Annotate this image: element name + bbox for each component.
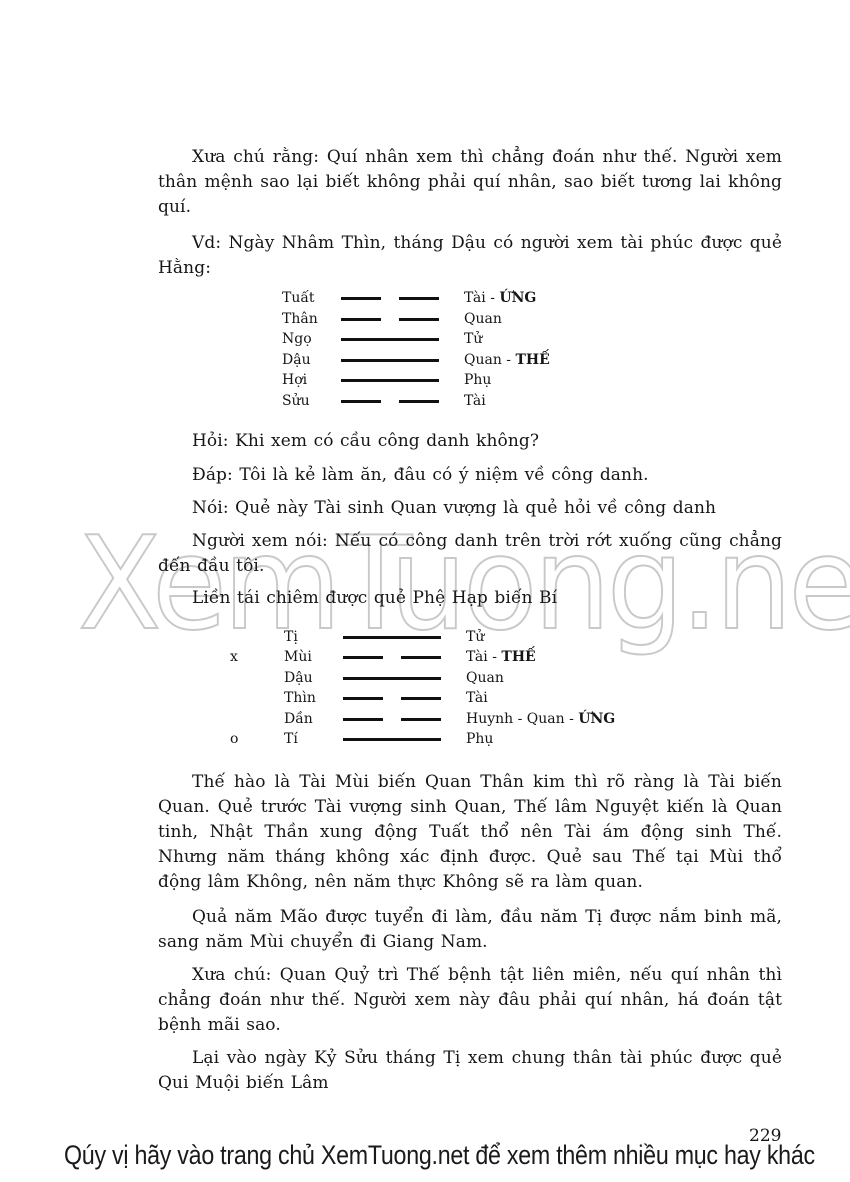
paragraph: Đáp: Tôi là kẻ làm ăn, đâu có ý niệm về … bbox=[158, 463, 782, 488]
paragraph-text: Xưa chú rằng: Quí nhân xem thì chẳng đoá… bbox=[158, 147, 782, 217]
yin-line-segment bbox=[401, 697, 441, 700]
paragraph: Quả năm Mão được tuyển đi làm, đầu năm T… bbox=[158, 905, 782, 955]
the-ung-marker: ỨNG bbox=[578, 711, 615, 727]
yang-line bbox=[341, 359, 439, 362]
paragraph-text: Xưa chú: Quan Quỷ trì Thế bệnh tật liên … bbox=[158, 965, 782, 1035]
earthly-branch-label: Tí bbox=[284, 729, 298, 749]
six-relation-label: Tài bbox=[464, 391, 486, 411]
six-relation-label: Huynh - Quan - ỨNG bbox=[466, 709, 615, 729]
yin-line-segment bbox=[399, 297, 439, 300]
yin-line-segment bbox=[343, 697, 383, 700]
earthly-branch-label: Tuất bbox=[282, 288, 315, 308]
earthly-branch-label: Sửu bbox=[282, 391, 310, 411]
paragraph: Người xem nói: Nếu có công danh trên trờ… bbox=[158, 529, 782, 579]
six-relation-label: Tài - ỨNG bbox=[464, 288, 536, 308]
earthly-branch-label: Thìn bbox=[284, 688, 316, 708]
yang-line bbox=[341, 338, 439, 341]
yin-line-segment bbox=[401, 718, 441, 721]
yin-line-segment bbox=[341, 400, 381, 403]
yin-line-segment bbox=[341, 297, 381, 300]
paragraph-text: Lại vào ngày Kỷ Sửu tháng Tị xem chung t… bbox=[158, 1048, 782, 1093]
six-relation-label: Tài - THẾ bbox=[466, 647, 536, 667]
yin-line-segment bbox=[343, 718, 383, 721]
the-ung-marker: THẾ bbox=[516, 352, 550, 368]
the-ung-marker: THẾ bbox=[501, 649, 535, 665]
paragraph-text: Người xem nói: Nếu có công danh trên trờ… bbox=[158, 531, 782, 576]
yang-line bbox=[343, 636, 441, 639]
earthly-branch-label: Ngọ bbox=[282, 329, 312, 349]
paragraph: Vd: Ngày Nhâm Thìn, tháng Dậu có người x… bbox=[158, 231, 782, 281]
paragraph-text: Thế hào là Tài Mùi biến Quan Thân kim th… bbox=[158, 772, 782, 892]
paragraph-text: Quả năm Mão được tuyển đi làm, đầu năm T… bbox=[158, 907, 782, 952]
earthly-branch-label: Thân bbox=[282, 309, 318, 329]
paragraph-text: Đáp: Tôi là kẻ làm ăn, đâu có ý niệm về … bbox=[192, 465, 649, 485]
earthly-branch-label: Hợi bbox=[282, 370, 307, 390]
paragraph: Nói: Quẻ này Tài sinh Quan vượng là quẻ … bbox=[158, 496, 782, 521]
yin-line-segment bbox=[399, 400, 439, 403]
yin-line-segment bbox=[399, 318, 439, 321]
paragraph-text: Vd: Ngày Nhâm Thìn, tháng Dậu có người x… bbox=[158, 233, 782, 278]
paragraph: Xưa chú: Quan Quỷ trì Thế bệnh tật liên … bbox=[158, 963, 782, 1038]
paragraph: Lại vào ngày Kỷ Sửu tháng Tị xem chung t… bbox=[158, 1046, 782, 1096]
paragraph: Thế hào là Tài Mùi biến Quan Thân kim th… bbox=[158, 770, 782, 895]
paragraph: Xưa chú rằng: Quí nhân xem thì chẳng đoá… bbox=[158, 145, 782, 220]
earthly-branch-label: Mùi bbox=[284, 647, 312, 667]
moving-line-marker: x bbox=[230, 647, 238, 667]
earthly-branch-label: Tị bbox=[284, 627, 298, 647]
paragraph: Hỏi: Khi xem có cầu công danh không? bbox=[158, 429, 782, 454]
yin-line-segment bbox=[341, 318, 381, 321]
earthly-branch-label: Dậu bbox=[282, 350, 311, 370]
paragraph-text: Nói: Quẻ này Tài sinh Quan vượng là quẻ … bbox=[192, 498, 716, 518]
earthly-branch-label: Dậu bbox=[284, 668, 313, 688]
six-relation-label: Phụ bbox=[464, 370, 491, 390]
earthly-branch-label: Dần bbox=[284, 709, 313, 729]
six-relation-label: Tử bbox=[466, 627, 484, 647]
yang-line bbox=[341, 379, 439, 382]
footer-promo-banner[interactable]: Qúy vị hãy vào trang chủ XemTuong.net để… bbox=[64, 1135, 692, 1175]
six-relation-label: Quan bbox=[464, 309, 502, 329]
paragraph-text: Hỏi: Khi xem có cầu công danh không? bbox=[192, 431, 539, 451]
yin-line-segment bbox=[343, 656, 383, 659]
paragraph: Liền tái chiêm được quẻ Phệ Hạp biến Bí bbox=[158, 586, 782, 611]
yang-line bbox=[343, 677, 441, 680]
paragraph-text: Liền tái chiêm được quẻ Phệ Hạp biến Bí bbox=[192, 588, 557, 608]
the-ung-marker: ỨNG bbox=[499, 290, 536, 306]
moving-line-marker: o bbox=[230, 729, 238, 749]
six-relation-label: Tử bbox=[464, 329, 482, 349]
six-relation-label: Phụ bbox=[466, 729, 493, 749]
six-relation-label: Quan bbox=[466, 668, 504, 688]
six-relation-label: Quan - THẾ bbox=[464, 350, 550, 370]
yang-line bbox=[343, 738, 441, 741]
yin-line-segment bbox=[401, 656, 441, 659]
six-relation-label: Tài bbox=[466, 688, 488, 708]
